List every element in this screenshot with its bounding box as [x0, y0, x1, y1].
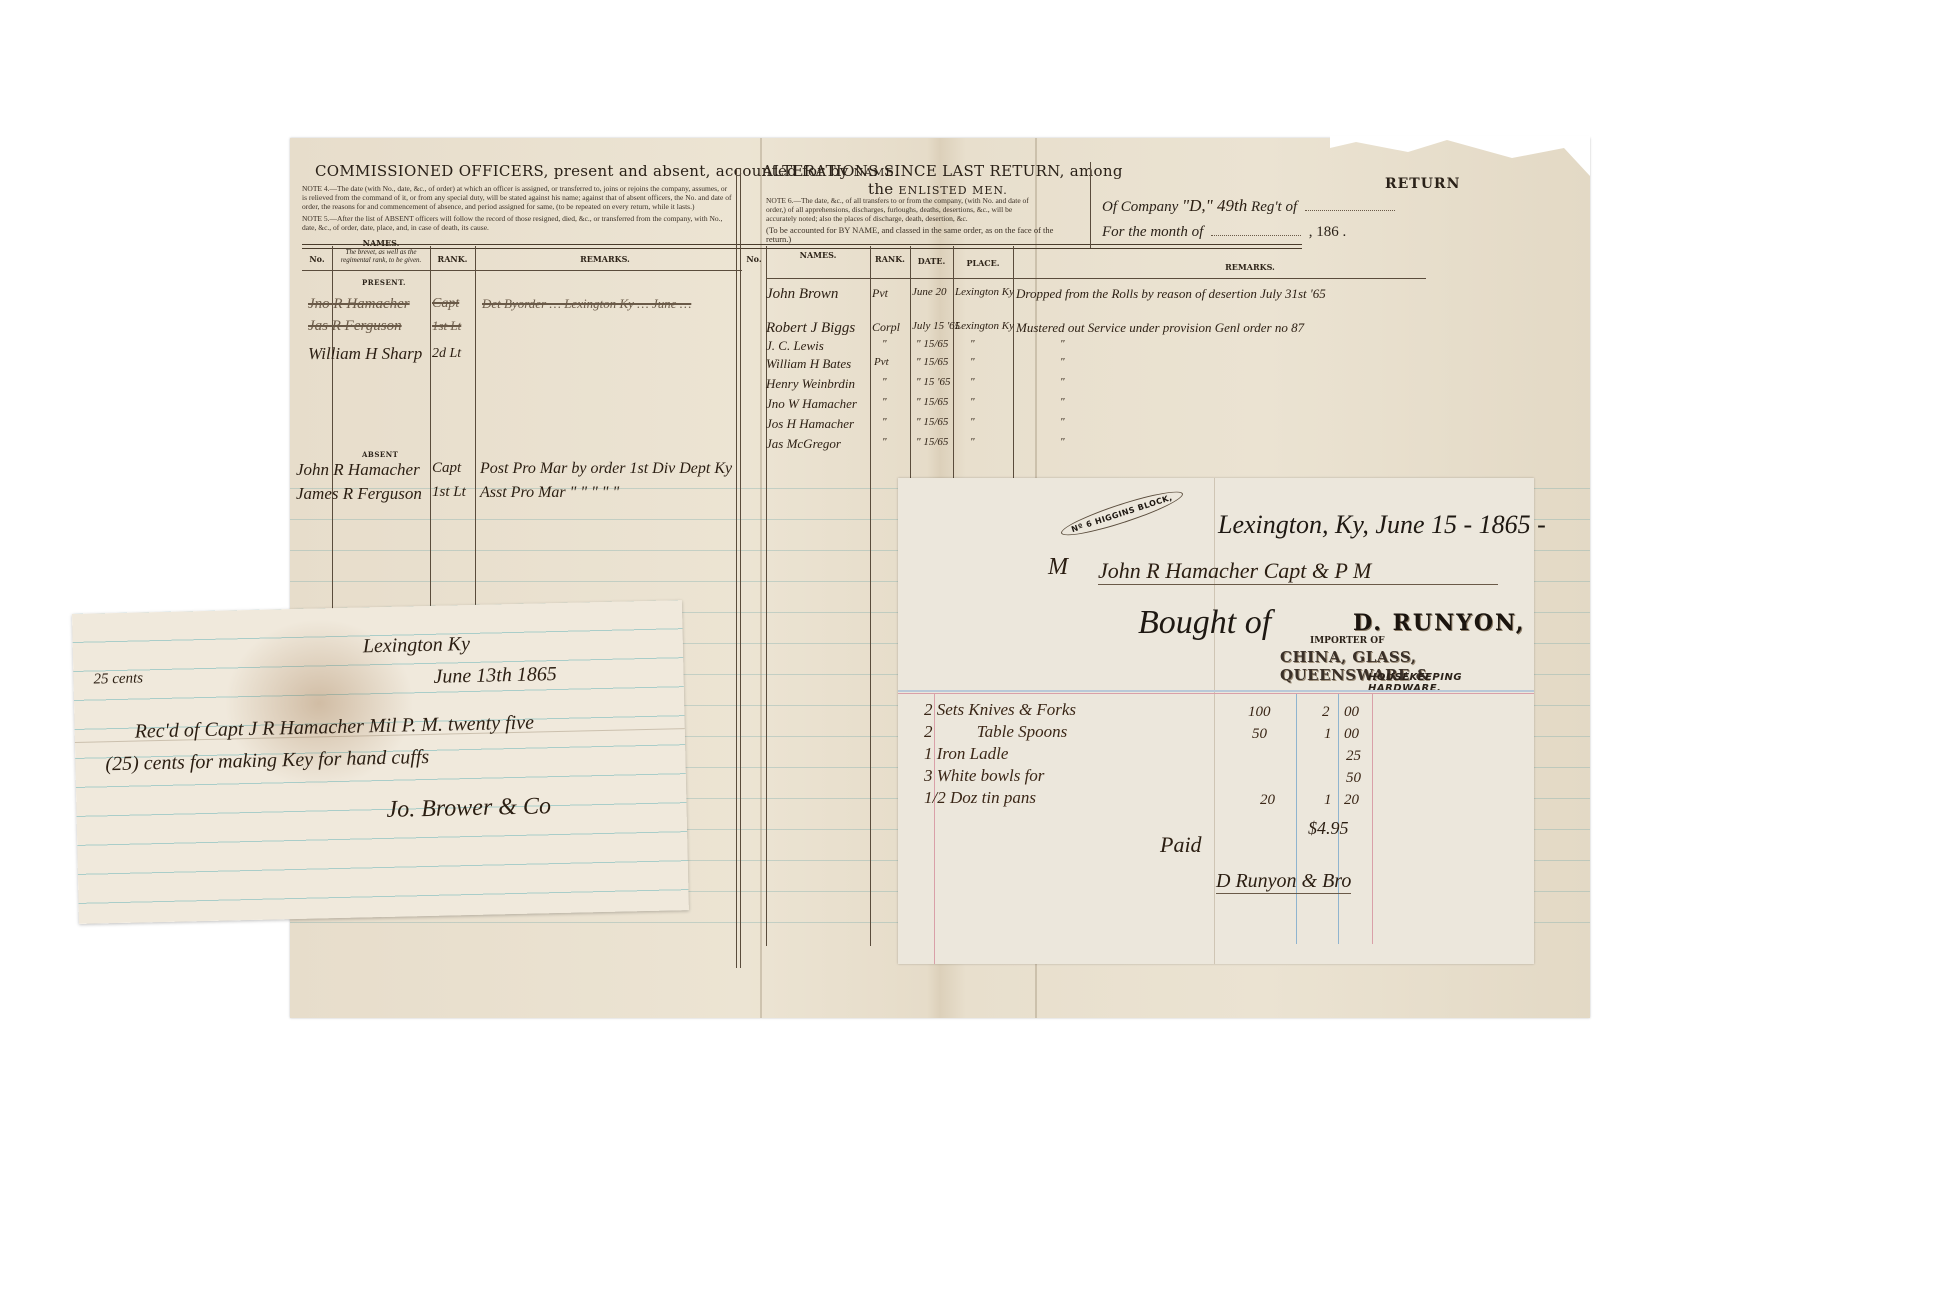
column-rule-red [1372, 694, 1373, 944]
importer-of-label: IMPORTER OF [1310, 636, 1385, 646]
column-rule-blue [1296, 694, 1297, 944]
company-label: Of Company [1102, 199, 1178, 215]
note-5: NOTE 5.—After the list of ABSENT officer… [302, 214, 732, 232]
enlisted-row: Jos H Hamacher " " 15/65 " " [290, 416, 1590, 438]
year-prefix: , 186 [1309, 224, 1339, 240]
item-qty: 2 [924, 722, 933, 741]
enlisted-date: " 15 '65 [916, 376, 950, 388]
item-dollars: 2 [1322, 704, 1330, 721]
item-cents: 20 [1344, 792, 1359, 809]
enlisted-header-rule [766, 278, 1426, 279]
regiment-label: Reg't of [1251, 199, 1297, 215]
col-head-rank: RANK. [430, 254, 475, 264]
enlisted-row: Jas McGregor " " 15/65 " " [290, 436, 1590, 458]
enlisted-remarks: " [1060, 396, 1065, 408]
month-label: For the month of [1102, 224, 1203, 240]
enlisted-remarks: Mustered out Service under provision Gen… [1016, 320, 1304, 336]
enlisted-remarks: " [1060, 338, 1065, 350]
invoice-item: 1/2 Doz tin pans [924, 788, 1036, 808]
invoice-place-date: Lexington, Ky, June 15 - 1865 - [1218, 510, 1546, 540]
enlisted-remarks: Dropped from the Rolls by reason of dese… [1016, 286, 1326, 302]
enlisted-remarks: " [1060, 356, 1065, 368]
enlisted-rank: Pvt [874, 356, 889, 368]
item-unit-price: 20 [1260, 792, 1275, 809]
item-description: Doz tin pans [950, 788, 1036, 807]
col-head-names-sub: The brevet, as well as the regimental ra… [334, 248, 428, 264]
enlisted-date: " 15/65 [916, 396, 948, 408]
invoice-customer: John R Hamacher Capt & P M [1098, 558, 1498, 585]
invoice-item: 2 Table Spoons [924, 722, 1067, 742]
item-qty: 3 [924, 766, 933, 785]
paid-signature: D Runyon & Bro [1216, 870, 1351, 894]
invoice-customer-prefix: M [1048, 554, 1068, 581]
enlisted-place: Lexington Ky [955, 286, 1014, 298]
company-value: "D," 49th [1182, 196, 1247, 215]
enlisted-date: " 15/65 [916, 338, 948, 350]
year-suffix: . [1343, 224, 1347, 240]
col-head-enl-place: PLACE. [953, 258, 1013, 268]
item-qty: 2 [924, 700, 933, 719]
enlisted-place: Lexington Ky [955, 320, 1014, 332]
absent-officer-1-name: John R Hamacher [296, 460, 420, 480]
enlisted-rank: " [882, 396, 887, 408]
enlisted-rank: " [882, 376, 887, 388]
bought-of-label: Bought of [1138, 604, 1271, 642]
return-title: RETURN [1385, 176, 1460, 192]
enlisted-place: " [970, 356, 975, 368]
receipt-place: Lexington Ky [363, 633, 471, 658]
enlisted-date: July 15 '65 [912, 320, 960, 332]
absent-officer-2-remarks: Asst Pro Mar " " " " " [480, 484, 619, 502]
invoice-runyon: Nº 6 HIGGINS BLOCK, Lexington, Ky, June … [898, 478, 1534, 964]
enlisted-date: " 15/65 [916, 356, 948, 368]
return-company-line: Of Company "D," 49th Reg't of [1102, 196, 1399, 216]
torn-corner [1330, 136, 1590, 176]
enlisted-row: John Brown Pvt June 20 Lexington Ky Drop… [290, 286, 1590, 308]
enlisted-name: Jno W Hamacher [766, 396, 857, 412]
col-head-remarks: REMARKS. [475, 254, 735, 264]
item-cents: 00 [1344, 704, 1359, 721]
item-cents: 50 [1346, 770, 1361, 787]
absent-officer-2-rank: 1st Lt [432, 484, 466, 501]
item-cents: 00 [1344, 726, 1359, 743]
enlisted-place: " [970, 338, 975, 350]
invoice-item: 2 Sets Knives & Forks [924, 700, 1076, 720]
alterations-title: ALTERATIONS SINCE LAST RETURN, among [762, 162, 1123, 180]
receipt-line-1: Rec'd of Capt J R Hamacher Mil P. M. twe… [134, 712, 534, 744]
item-unit-price: 50 [1252, 726, 1267, 743]
receipt-handcuff-key: 25 cents Lexington Ky June 13th 1865 Rec… [72, 600, 689, 924]
alterations-instruction: (To be accounted for BY NAME, and classe… [766, 226, 1056, 244]
enlisted-remarks: " [1060, 416, 1065, 428]
col-head-names: NAMES. [332, 238, 430, 248]
item-dollars: 1 [1324, 726, 1332, 743]
enlisted-row: Jno W Hamacher " " 15/65 " " [290, 396, 1590, 418]
header-rule-red [898, 693, 1534, 694]
item-cents: 25 [1346, 748, 1361, 765]
table-top-rule [302, 244, 1302, 249]
item-description: Table Spoons [977, 722, 1068, 741]
enlisted-place: " [970, 436, 975, 448]
enlisted-place: " [970, 416, 975, 428]
officers-header-rule [302, 270, 742, 271]
fold-crease [1214, 478, 1215, 964]
note-4: NOTE 4.—The date (with No., date, &c., o… [302, 184, 732, 211]
enlisted-remarks: " [1060, 436, 1065, 448]
return-month-line: For the month of , 186 . [1102, 224, 1346, 241]
paid-label: Paid [1160, 832, 1202, 858]
item-unit-price: 100 [1248, 704, 1271, 721]
absent-officer-1-rank: Capt [432, 460, 461, 477]
note-6: NOTE 6.—The date, &c., of all transfers … [766, 196, 1041, 223]
enlisted-name: Henry Weinbrdin [766, 376, 855, 392]
enlisted-name: Jos H Hamacher [766, 416, 854, 432]
month-blank [1211, 235, 1301, 236]
absent-officer-1-remarks: Post Pro Mar by order 1st Div Dept Ky [480, 460, 732, 478]
invoice-item: 1 Iron Ladle [924, 744, 1008, 764]
item-description: Sets Knives & Forks [937, 700, 1076, 719]
item-qty: 1 [924, 744, 933, 763]
receipt-amount-note: 25 cents [93, 670, 143, 688]
enlisted-date: " 15/65 [916, 436, 948, 448]
enlisted-place: " [970, 396, 975, 408]
col-head-enl-names: NAMES. [766, 250, 870, 260]
enlisted-rank: " [882, 416, 887, 428]
col-head-enl-remarks: REMARKS. [1150, 262, 1350, 272]
item-qty: 1/2 [924, 788, 946, 807]
receipt-line-2: (25) cents for making Key for hand cuffs [105, 746, 429, 776]
enlisted-name: Jas McGregor [766, 436, 841, 452]
item-dollars: 1 [1324, 792, 1332, 809]
enlisted-name: J. C. Lewis [766, 338, 824, 354]
item-description: White bowls for [937, 766, 1045, 785]
alterations-title-text: ALTERATIONS SINCE LAST RETURN, among [762, 162, 1123, 180]
firm-name: D. RUNYON, [1353, 610, 1525, 636]
return-box-divider [1090, 162, 1091, 248]
col-head-enl-no: No. [742, 254, 766, 264]
enlisted-place: " [970, 376, 975, 388]
invoice-total: $4.95 [1308, 818, 1349, 839]
enlisted-remarks: " [1060, 376, 1065, 388]
enlisted-date: " 15/65 [916, 416, 948, 428]
regiment-blank [1305, 210, 1395, 211]
enlisted-rank: " [882, 436, 887, 448]
absent-officer-2-name: James R Ferguson [296, 484, 422, 504]
invoice-item: 3 White bowls for [924, 766, 1044, 786]
enlisted-rank: " [882, 338, 887, 350]
receipt-date: June 13th 1865 [433, 663, 557, 689]
col-head-no: No. [302, 254, 332, 264]
enlisted-name: William H Bates [766, 356, 851, 372]
enlisted-rank: Pvt [872, 286, 888, 301]
address-badge: Nº 6 HIGGINS BLOCK, [1058, 485, 1185, 543]
enlisted-row: William H Bates Pvt " 15/65 " " [290, 356, 1590, 378]
enlisted-name: John Brown [766, 286, 838, 303]
header-rule-blue [898, 690, 1534, 692]
enlisted-rank: Corpl [872, 320, 900, 335]
receipt-signature: Jo. Brower & Co [386, 793, 551, 824]
enlisted-row: Henry Weinbrdin " " 15 '65 " " [290, 376, 1590, 398]
enlisted-date: June 20 [912, 286, 947, 298]
item-description: Iron Ladle [937, 744, 1009, 763]
col-head-enl-date: DATE. [910, 256, 953, 266]
enlisted-name: Robert J Biggs [766, 320, 855, 337]
col-head-enl-rank: RANK. [870, 254, 910, 264]
